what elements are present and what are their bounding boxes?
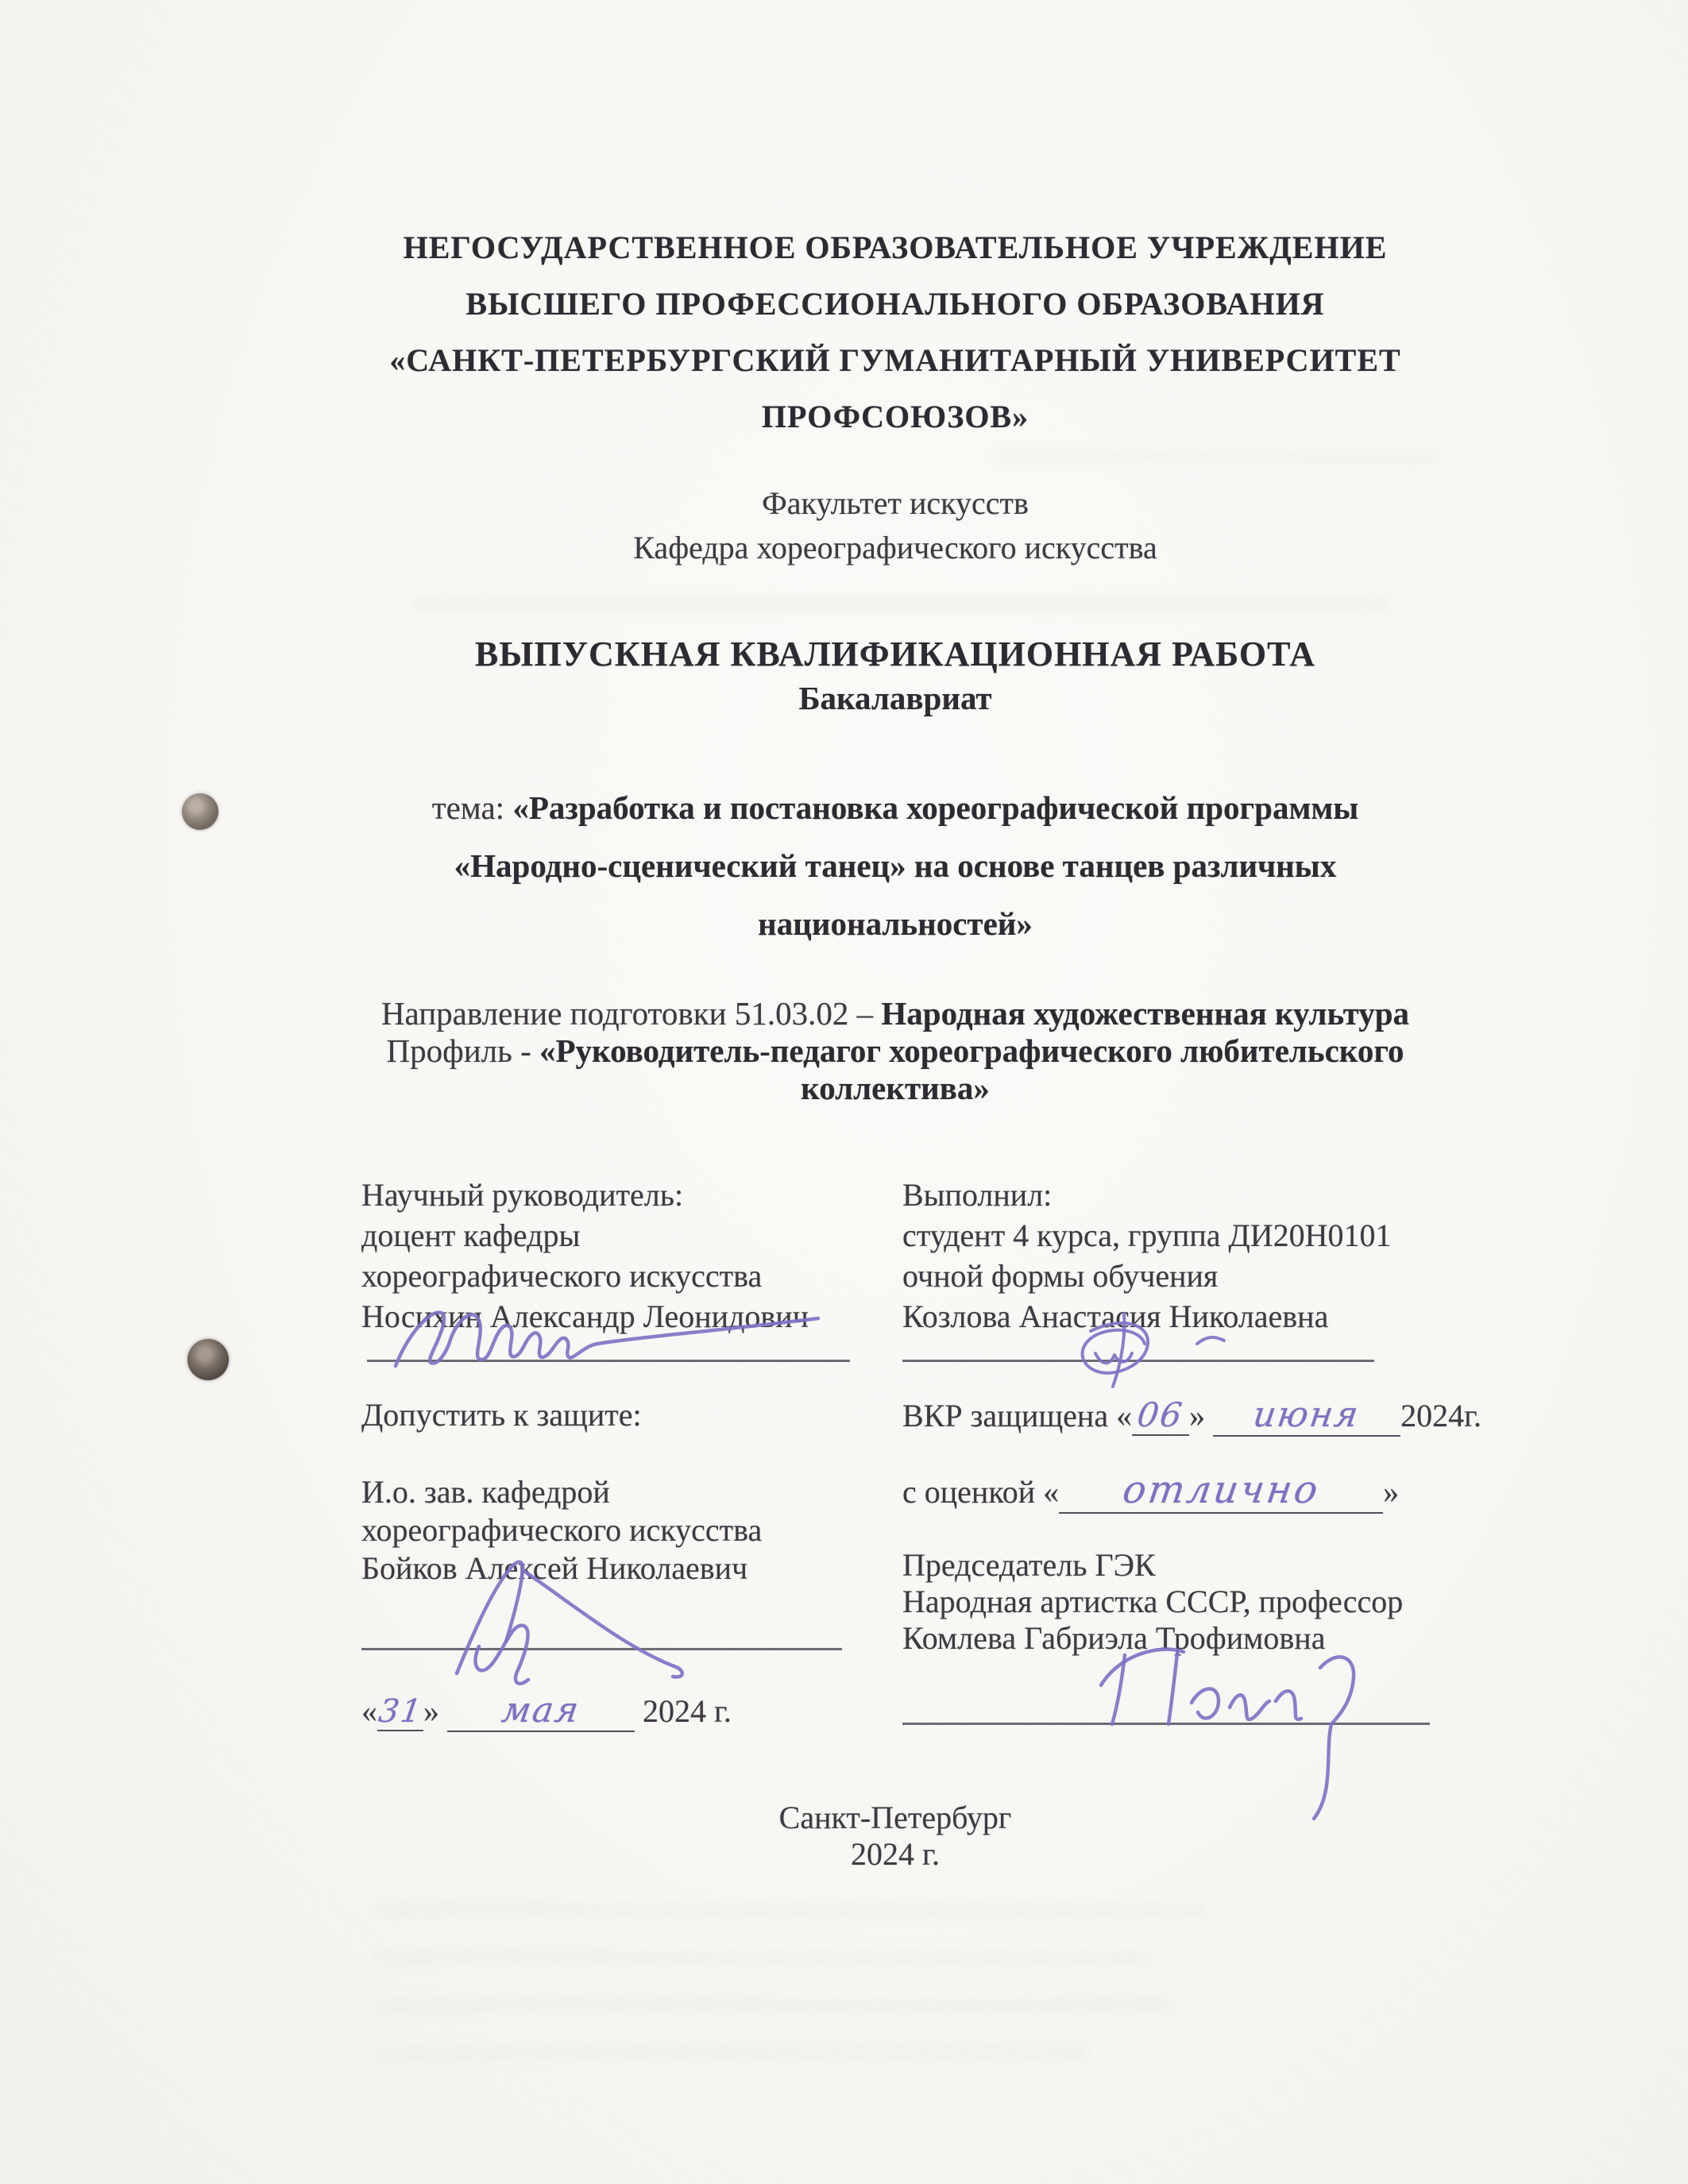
admission-date-close-quote: » [423,1693,439,1729]
committee-chair-label: Председатель ГЭК [902,1547,1554,1584]
bleed-through-artifact [373,1950,1152,1966]
author-info-line: студент 4 курса, группа ДИ20Н0101 [902,1215,1506,1256]
university-name-line: НЕГОСУДАРСТВЕННОЕ ОБРАЗОВАТЕЛЬНОЕ УЧРЕЖД… [102,219,1688,276]
grade-close-quote: » [1383,1474,1399,1510]
faculty-block: Факультет искусств Кафедра хореографичес… [102,481,1688,570]
work-type-title: ВЫПУСКНАЯ КВАЛИФИКАЦИОННАЯ РАБОТА [102,631,1688,677]
footer-city: Санкт-Петербург [102,1800,1688,1836]
supervisor-heading: Научный руководитель: [361,1175,886,1215]
committee-chair-title: Народная артистка СССР, профессор [902,1584,1554,1620]
department-head-role-line: хореографического искусства [361,1511,886,1549]
grade-handwritten: отлично [1120,1468,1323,1512]
direction-line: Направление подготовки 51.03.02 – Народн… [102,995,1688,1032]
faculty-line: Факультет искусств [102,481,1688,526]
university-name-line: «САНКТ-ПЕТЕРБУРГСКИЙ ГУМАНИТАРНЫЙ УНИВЕР… [102,332,1688,388]
bleed-through-artifact [373,2045,1088,2061]
footer-block: Санкт-Петербург 2024 г. [102,1800,1688,1873]
university-name-line: ПРОФСОЮЗОВ» [102,388,1688,445]
scanned-title-page: НЕГОСУДАРСТВЕННОЕ ОБРАЗОВАТЕЛЬНОЕ УЧРЕЖД… [0,0,1688,2184]
admission-heading: Допустить к защите: [361,1396,642,1433]
university-name-line: ВЫСШЕГО ПРОФЕССИОНАЛЬНОГО ОБРАЗОВАНИЯ [102,276,1688,332]
bleed-through-artifact [413,596,1390,613]
admission-date-line: «31» мая 2024 г. [361,1690,886,1732]
defense-month-handwritten: июня [1251,1395,1362,1435]
admission-month-handwritten: мая [499,1690,582,1731]
profile-label: Профиль - [387,1032,539,1069]
author-info-line: очной формы обучения [902,1256,1506,1296]
work-type-block: ВЫПУСКНАЯ КВАЛИФИКАЦИОННАЯ РАБОТА Бакала… [102,631,1688,719]
theme-line-2: «Народно-сценический танец» на основе та… [102,837,1688,895]
profile-value-1: «Руководитель-педагог хореографического … [539,1032,1404,1069]
supervisor-signature [373,1293,842,1380]
admission-date-open-quote: « [361,1693,377,1729]
admission-year: 2024 г. [643,1693,732,1729]
profile-line-2: коллектива» [102,1070,1688,1107]
direction-value: Народная художественная культура [881,995,1409,1032]
bleed-through-artifact [373,1997,1176,2013]
defense-prefix: ВКР защищена « [902,1398,1132,1433]
university-name-block: НЕГОСУДАРСТВЕННОЕ ОБРАЗОВАТЕЛЬНОЕ УЧРЕЖД… [102,219,1688,445]
bleed-through-artifact [993,449,1438,465]
theme-line-1: тема: «Разработка и постановка хореограф… [102,779,1688,837]
program-block: Направление подготовки 51.03.02 – Народн… [102,995,1688,1107]
grade-line: с оценкой «отлично» [902,1468,1506,1514]
department-line: Кафедра хореографического искусства [102,526,1688,570]
footer-year: 2024 г. [102,1836,1688,1873]
admission-day-handwritten: 31 [376,1693,424,1730]
defense-year: 2024г. [1400,1398,1481,1433]
committee-chair-signature [1056,1634,1509,1821]
author-heading: Выполнил: [902,1175,1506,1215]
author-signature [1029,1309,1267,1400]
department-head-signature [433,1553,703,1692]
binder-grommet-bottom [187,1339,229,1380]
theme-block: тема: «Разработка и постановка хореограф… [102,779,1688,953]
defense-day-handwritten: 06 [1135,1395,1186,1434]
theme-title-part-1: «Разработка и постановка хореографическо… [512,789,1358,826]
supervisor-role-line: хореографического искусства [361,1256,886,1296]
direction-label: Направление подготовки 51.03.02 – [381,995,881,1032]
bleed-through-artifact [373,1902,1207,1918]
supervisor-role-line: доцент кафедры [361,1215,886,1256]
profile-line-1: Профиль - «Руководитель-педагог хореогра… [102,1032,1688,1070]
defense-close-quote: » [1189,1398,1205,1433]
theme-line-3: национальностей» [102,895,1688,953]
theme-prefix: тема: [432,789,513,826]
degree-line: Бакалавриат [102,677,1688,719]
grade-label: с оценкой « [902,1474,1059,1510]
department-head-role-line: И.о. зав. кафедрой [361,1473,886,1511]
defense-date-line: ВКР защищена «06» июня2024г. [902,1395,1522,1437]
